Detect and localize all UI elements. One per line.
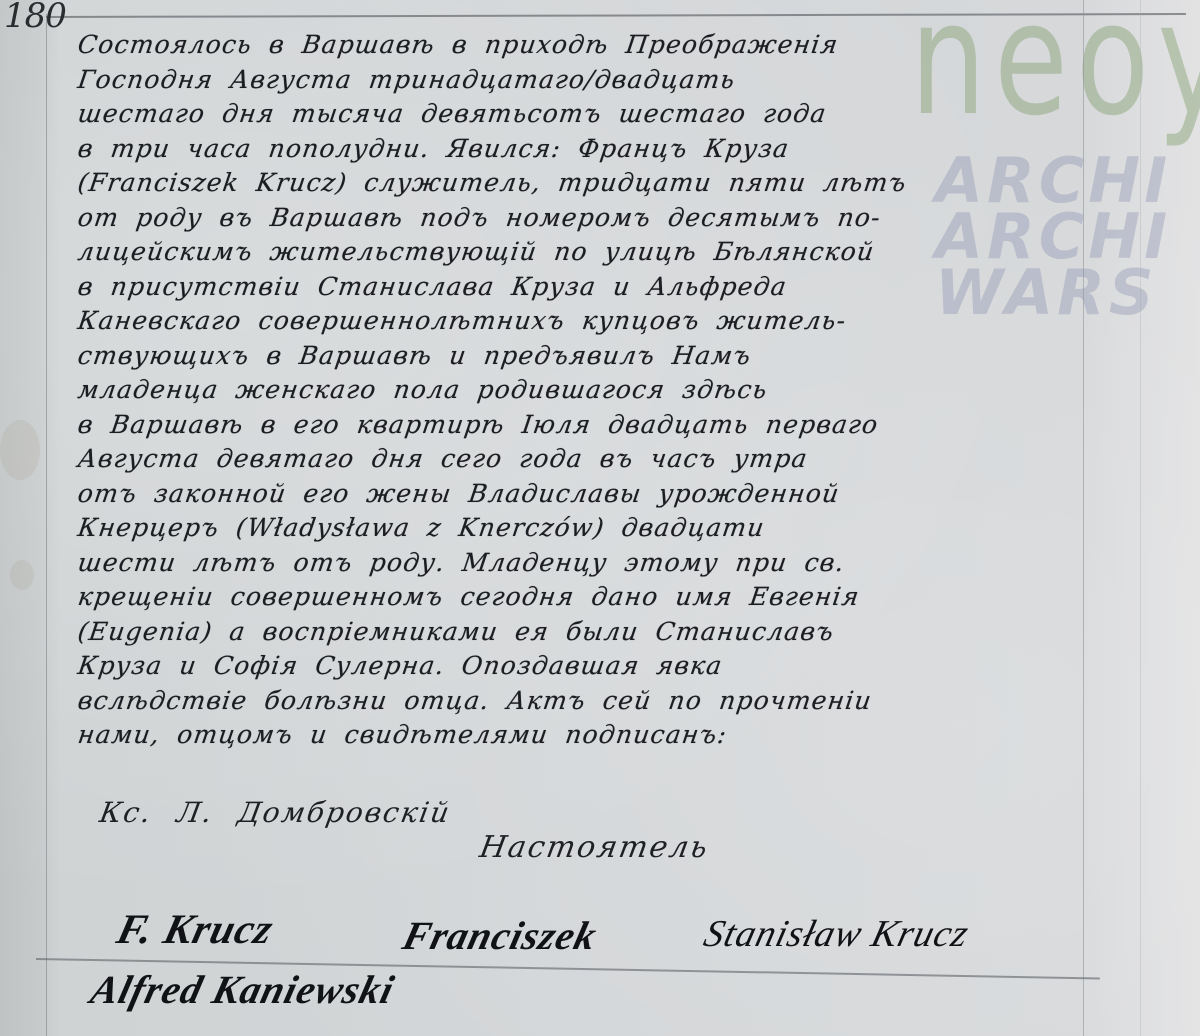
record-line: (Eugenia) а воспрiемниками ея были Стани… <box>76 615 1111 650</box>
record-line: нами, отцомъ и свидѣтелями подписанъ: <box>76 718 1111 753</box>
signature-witness-2: Alfred Kaniewski <box>86 966 399 1013</box>
record-line: Августа девятаго дня сего года въ часъ у… <box>76 442 1111 477</box>
signature-father-initial: F. Krucz <box>112 906 278 954</box>
priest-name: Кс. Л. Домбровскiй <box>97 796 454 829</box>
record-line: Состоялось в Варшавѣ в приходѣ Преображе… <box>76 28 1111 63</box>
document-scan: neoyx ARCHI ARCHI WARS 180 Состоялось в … <box>0 0 1200 1036</box>
record-line: в Варшавѣ в его квартирѣ Iюля двадцать п… <box>76 408 1111 443</box>
record-line: лицейскимъ жительствующiй по улицѣ Бѣлян… <box>76 235 1111 270</box>
left-margin-rule <box>46 14 47 1036</box>
record-line: вслѣдствiе болѣзни отца. Актъ сей по про… <box>76 684 1111 719</box>
record-line: шестаго дня тысяча девятьсотъ шестаго го… <box>76 97 1111 132</box>
record-line: шести лѣтъ отъ роду. Младенцу этому при … <box>76 546 1111 581</box>
record-line: отъ законной его жены Владиславы урожден… <box>76 477 1111 512</box>
record-line: Кнерцеръ (Władysława z Knerczów) двадцат… <box>76 511 1111 546</box>
record-line: от роду въ Варшавѣ подъ номеромъ десятым… <box>76 201 1111 236</box>
entry-number: 180 <box>4 0 66 36</box>
record-line: в присутствiи Станислава Круза и Альфред… <box>76 270 1111 305</box>
signature-father-given-name: Franciszek <box>398 912 602 959</box>
signature-witness-1: Stanisław Krucz <box>700 912 974 956</box>
record-line: (Franciszek Krucz) служитель, тридцати п… <box>76 166 1111 201</box>
record-line: Круза и Софiя Сулерна. Опоздавшая явка <box>76 649 1111 684</box>
priest-title: Настоятель <box>477 830 712 865</box>
record-line: ствующихъ в Варшавѣ и предъявилъ Намъ <box>76 339 1111 374</box>
paper-stain <box>0 420 40 480</box>
record-line: младенца женскаго пола родившагося здѣсь <box>76 373 1111 408</box>
record-body: Состоялось в Варшавѣ в приходѣ Преображе… <box>78 28 1108 753</box>
record-line: Господня Августа тринадцатаго/двадцать <box>76 63 1111 98</box>
page-edge-rule <box>1140 0 1141 1036</box>
record-line: в три часа пополудни. Явился: Францъ Кру… <box>76 132 1111 167</box>
record-line: Каневскаго совершеннолѣтнихъ купцовъ жит… <box>76 304 1111 339</box>
paper-stain <box>10 560 34 590</box>
record-line: крещенiи совершенномъ сегодня дано имя Е… <box>76 580 1111 615</box>
